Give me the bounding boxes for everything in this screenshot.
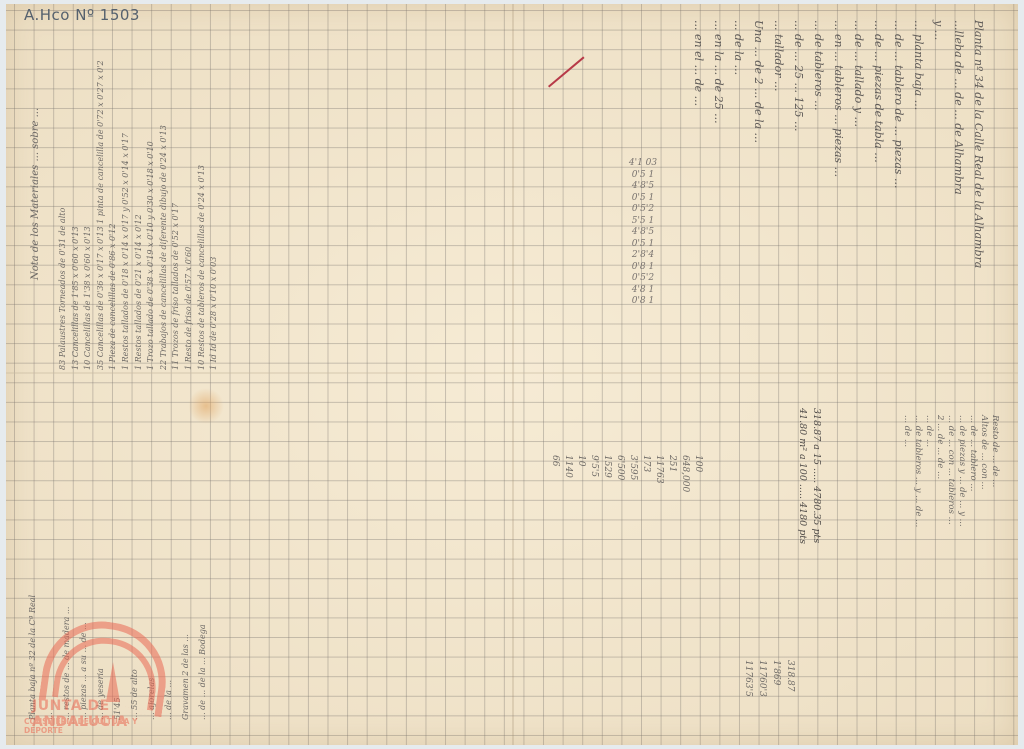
handwritten-line: ... de ... [924,415,934,447]
handwritten-line: ... en ... tableros ... piezas ... [832,20,845,177]
handwritten-line: ... tallador ... [772,20,785,91]
sum-entry: 318.87 [785,660,795,692]
handwritten-line: 1 Restos tallados de 0'18 x 0'14 x 0'17 … [121,133,130,370]
number-entry: 5'5 1 [628,216,658,228]
handwritten-line: ... planta baja ... [912,20,925,110]
handwritten-line: 6'500 [615,455,625,480]
number-entry: 0'5 1 [628,239,658,251]
handwritten-line: 1 Restos tallados de 0'21 x 0'14 x 0'12 [134,214,143,370]
number-entry: 4'8 1 [628,285,658,297]
handwritten-line: 11763 [654,455,664,484]
sum-entry: 1'869 [771,660,781,685]
handwritten-line: Altos de ... con ... [979,415,989,490]
watermark-subtitle: CONSEJERIA DE CULTURA Y DEPORTE [24,717,172,735]
handwritten-line: ... de tableros ... y ... de ... [913,415,923,527]
number-entry: 0'5 1 [628,193,658,205]
handwritten-line: ... de ... [902,415,912,447]
calculation-line: 318.87 a 15 ..... 4780.35 pts [811,408,822,543]
archive-reference: A.Hco Nº 1503 [24,6,140,24]
junta-andalucia-watermark: JUNTA DE ANDALUCIA CONSEJERIA DE CULTURA… [22,620,172,740]
handwritten-line: ...lleba de ... de ... de Alhambra [952,20,965,195]
handwritten-line: 100 [693,455,703,472]
paper-stain [188,388,224,424]
center-number-column: 4'1 030'5 14'8'50'5 10'5'25'5 14'8'50'5 … [628,158,658,308]
handwritten-line: 1 Id Id de 0'28 x 0'10 x 0'03 [209,257,218,370]
handwritten-line: 3'595 [628,455,638,480]
handwritten-line: 1 Resto de friso de 0'57 x 0'60 [184,247,193,370]
handwritten-line: Planta nº 34 de la Calle Real de la Alha… [972,20,985,268]
handwritten-line: 13 Cancelillas de 1'85 x 0'60 x 0'13 [71,226,80,370]
list-heading: Nota de los Materiales ... sobre ... [30,108,41,280]
handwritten-line: 35 Cancelillas de 0'36 x 0'17 x 0'13 1 p… [96,60,105,370]
handwritten-line: ... de ... piezas de tabla ... [872,20,885,163]
horizontal-fold-line [6,372,1018,374]
handwritten-line: 1529 [602,455,612,478]
handwritten-line: 1140 [563,455,573,478]
handwritten-line: 66 [550,455,560,466]
handwritten-line: 10 Cancelillas de 1'38 x 0'60 x 0'13 [83,226,92,370]
handwritten-line: 173 [641,455,651,472]
number-entry: 4'8'5 [628,227,658,239]
sum-entry: 11760'3 [757,660,767,697]
calculation-line: 41.80 m² a 100 ..... 4180 pts [797,408,808,544]
handwritten-line: 10 Restos de tableros de cancelillas de … [197,165,206,370]
number-entry: 0'5'2 [628,273,658,285]
handwritten-line: Gravamen 2 de las ... [181,634,190,720]
handwritten-line: 22 Trabajos de cancelillas de diferente … [159,125,168,370]
handwritten-line: 11 Trozos de friso tallados de 0'52 x 0'… [171,203,180,370]
handwritten-line: ... en la ... de 25 ... [712,20,725,124]
handwritten-line: 1 Trozo tallado de 0'38 x 0'19 x 0'10 y … [146,141,155,370]
handwritten-line: ... de ... con ... tableros ... [946,415,956,525]
number-entry: 0'5 1 [628,170,658,182]
number-entry: 4'8'5 [628,181,658,193]
handwritten-line: ... de ... de la ... Bodega [198,624,207,720]
handwritten-line: y ... [932,20,945,40]
handwritten-line: 9'5'5 [589,455,599,477]
vertical-fold-line [512,4,514,745]
handwritten-line: ... de ... tablero de ... piezas ... [892,20,905,189]
handwritten-line: ... de piezas y ... de ... y ... [957,415,967,527]
handwritten-line: ... en el ... de ... [692,20,705,106]
handwritten-line: ... de ... tallado y ... [852,20,865,127]
watermark-triangle-icon [106,662,120,702]
number-entry: 2'8'4 [628,250,658,262]
handwritten-line: 251 [667,455,677,472]
handwritten-line: ... de tableros ... [812,20,825,111]
number-entry: 4'1 03 [628,158,658,170]
handwritten-line: 648,000 [680,455,690,492]
handwritten-line: 83 Palaustres Torneados de 0'31 de alto [58,208,67,370]
handwritten-line: Una ... de 2 ... de la ... [752,20,765,143]
number-entry: 0'8 1 [628,296,658,308]
sum-entry: 11763'5 [743,660,753,697]
handwritten-line: ... de ... 25 ... 125 ... [792,20,805,131]
handwritten-line: ... de la ... [732,20,745,75]
handwritten-line: 1 Pieza de cancelillas de 0'86 x 0'12 [108,224,117,370]
number-entry: 0'5'2 [628,204,658,216]
handwritten-line: 2 ... de ... de ... [935,415,945,479]
handwritten-line: Resto de ... de ... [990,415,1000,487]
number-entry: 0'8 1 [628,262,658,274]
handwritten-line: ... de ... tablero ... [968,415,978,491]
handwritten-line: 10 [576,455,586,466]
